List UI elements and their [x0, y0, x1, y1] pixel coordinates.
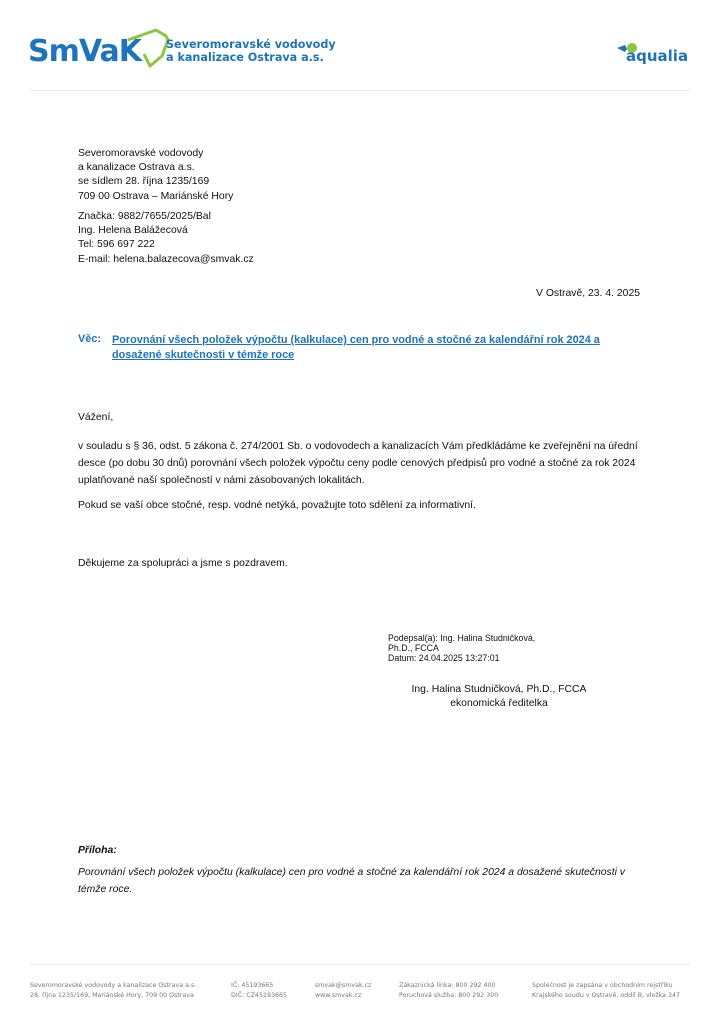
attachment-label: Příloha: — [78, 845, 117, 856]
date-line: V Ostravě, 23. 4. 2025 — [536, 288, 640, 299]
footer-text: Společnost je zapsána v obchodním rejstř… — [532, 981, 680, 991]
footer-text: 28. října 1235/169, Mariánské Hory, 709 … — [30, 991, 196, 1001]
footer-text: Zákaznická linka: 800 292 400 — [399, 981, 498, 991]
smvak-logo: SmVaK — [28, 26, 168, 74]
footer-company: Severomoravské vodovody a kanalizace Ost… — [30, 981, 196, 1001]
attachment-text: Porovnání všech položek výpočtu (kalkula… — [78, 864, 648, 898]
header-divider — [30, 90, 690, 91]
address-line: se sídlem 28. října 1235/169 — [78, 175, 233, 189]
digital-signature-info: Podepsal(a): Ing. Halina Studničková, Ph… — [388, 634, 535, 663]
body-paragraph-1: v souladu s § 36, odst. 5 zákona č. 274/… — [78, 438, 648, 489]
logo-wordmark: SmVaK — [28, 34, 141, 69]
company-name: Severomoravské vodovody a kanalizace Ost… — [166, 38, 336, 64]
reference-block: Značka: 9882/7655/2025/Bal Ing. Helena B… — [78, 210, 254, 267]
address-line: 709 00 Ostrava – Mariánské Hory — [78, 190, 233, 204]
footer-phones: Zákaznická linka: 800 292 400 Poruchová … — [399, 981, 498, 1001]
signatory-name: Ing. Halina Studničková, Ph.D., FCCA — [388, 683, 610, 697]
company-name-line1: Severomoravské vodovody — [166, 38, 336, 51]
contact-phone: Tel: 596 697 222 — [78, 238, 254, 252]
footer-text: DIČ: CZ45193665 — [231, 991, 287, 1001]
address-line: a kanalizace Ostrava a.s. — [78, 161, 233, 175]
aqualia-wordmark: aqualia — [626, 47, 688, 65]
recipient-address: Severomoravské vodovody a kanalizace Ost… — [78, 147, 233, 204]
footer-text: Poruchová služba: 800 292 300 — [399, 991, 498, 1001]
address-line: Severomoravské vodovody — [78, 147, 233, 161]
footer-divider — [30, 964, 690, 965]
salutation: Vážení, — [78, 409, 648, 426]
footer-text: Severomoravské vodovody a kanalizace Ost… — [30, 981, 196, 991]
contact-name: Ing. Helena Balážecová — [78, 224, 254, 238]
contact-email: E-mail: helena.balazecova@smvak.cz — [78, 253, 254, 267]
company-name-line2: a kanalizace Ostrava a.s. — [166, 51, 336, 64]
subject-text: Porovnání všech položek výpočtu (kalkula… — [112, 333, 612, 362]
footer-web: smvak@smvak.cz www.smvak.cz — [315, 981, 371, 1001]
footer-text: IČ: 45193665 — [231, 981, 287, 991]
aqualia-logo: aqualia — [616, 40, 696, 70]
reference-number: Značka: 9882/7655/2025/Bal — [78, 210, 254, 224]
subject-label: Věc: — [78, 333, 101, 345]
footer-ids: IČ: 45193665 DIČ: CZ45193665 — [231, 981, 287, 1001]
signatory-role: ekonomická ředitelka — [388, 697, 610, 711]
signed-date: Datum: 24.04.2025 13:27:01 — [388, 654, 535, 664]
footer-website-link[interactable]: www.smvak.cz — [315, 991, 371, 1001]
footer-text: Krajského soudu v Ostravě, oddíl B, vlož… — [532, 991, 680, 1001]
body-paragraph-2: Pokud se vaší obce stočné, resp. vodné n… — [78, 497, 648, 514]
closing: Děkujeme za spolupráci a jsme s pozdrave… — [78, 555, 648, 572]
signatory: Ing. Halina Studničková, Ph.D., FCCA eko… — [388, 683, 610, 710]
footer-email-link[interactable]: smvak@smvak.cz — [315, 981, 371, 991]
footer-registry: Společnost je zapsána v obchodním rejstř… — [532, 981, 680, 1001]
